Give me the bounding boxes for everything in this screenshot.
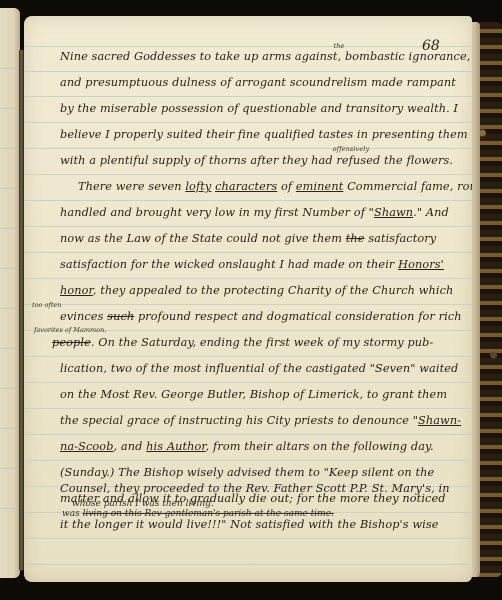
insertion-whose-parish: whose parish I was then living. [72, 499, 214, 509]
text-line-12: people. On the Saturday, ending the firs… [52, 336, 433, 349]
margin-note-too-often: too often [32, 301, 61, 309]
text-line-17: (Sunday.) The Bishop wisely advised them… [60, 466, 434, 479]
previous-page-edge [0, 8, 20, 578]
text-line-7: handled and brought very low in my first… [60, 206, 449, 219]
text-line-10: honor, they appealed to the protecting C… [60, 284, 453, 297]
notebook-photo: 68 Nine sacred Goddesses to take up arms… [0, 0, 502, 600]
insertion-offensively: offensively [333, 145, 370, 153]
manuscript-page: 68 Nine sacred Goddesses to take up arms… [24, 16, 472, 582]
text-line-8: now as the Law of the State could not gi… [60, 232, 436, 245]
margin-note-favorites-of-mammon: favorites of Mammon. [34, 326, 106, 334]
text-line-9: satisfaction for the wicked onslaught I … [60, 258, 444, 271]
text-line-15: the special grace of instructing his Cit… [60, 414, 461, 427]
text-line-16: na-Scoob, and his Author, from their alt… [60, 440, 434, 453]
text-line-3: by the miserable possession of questiona… [60, 102, 458, 115]
text-line-19: it the longer it would live!!!" Not sati… [60, 518, 439, 531]
text-line-5: with a plentiful supply of thorns after … [60, 154, 453, 167]
text-line-20: Counsel, they proceeded to the Rev. Fath… [60, 482, 450, 495]
text-line-4: believe I properly suited their fine qua… [60, 128, 468, 141]
text-line-6: There were seven lofty characters of emi… [78, 180, 472, 193]
text-line-11: evinces such profound respect and dogmat… [60, 310, 462, 323]
text-line-13: lication, two of the most influential of… [60, 362, 458, 375]
text-line-2: and presumptuous dulness of arrogant sco… [60, 76, 456, 89]
insertion-the: the [334, 42, 345, 50]
text-line-14: on the Most Rev. George Butler, Bishop o… [60, 388, 447, 401]
text-line-1: Nine sacred Goddesses to take up arms ag… [60, 50, 470, 63]
struck-line: was living on this Rev gentleman's paris… [62, 509, 334, 519]
